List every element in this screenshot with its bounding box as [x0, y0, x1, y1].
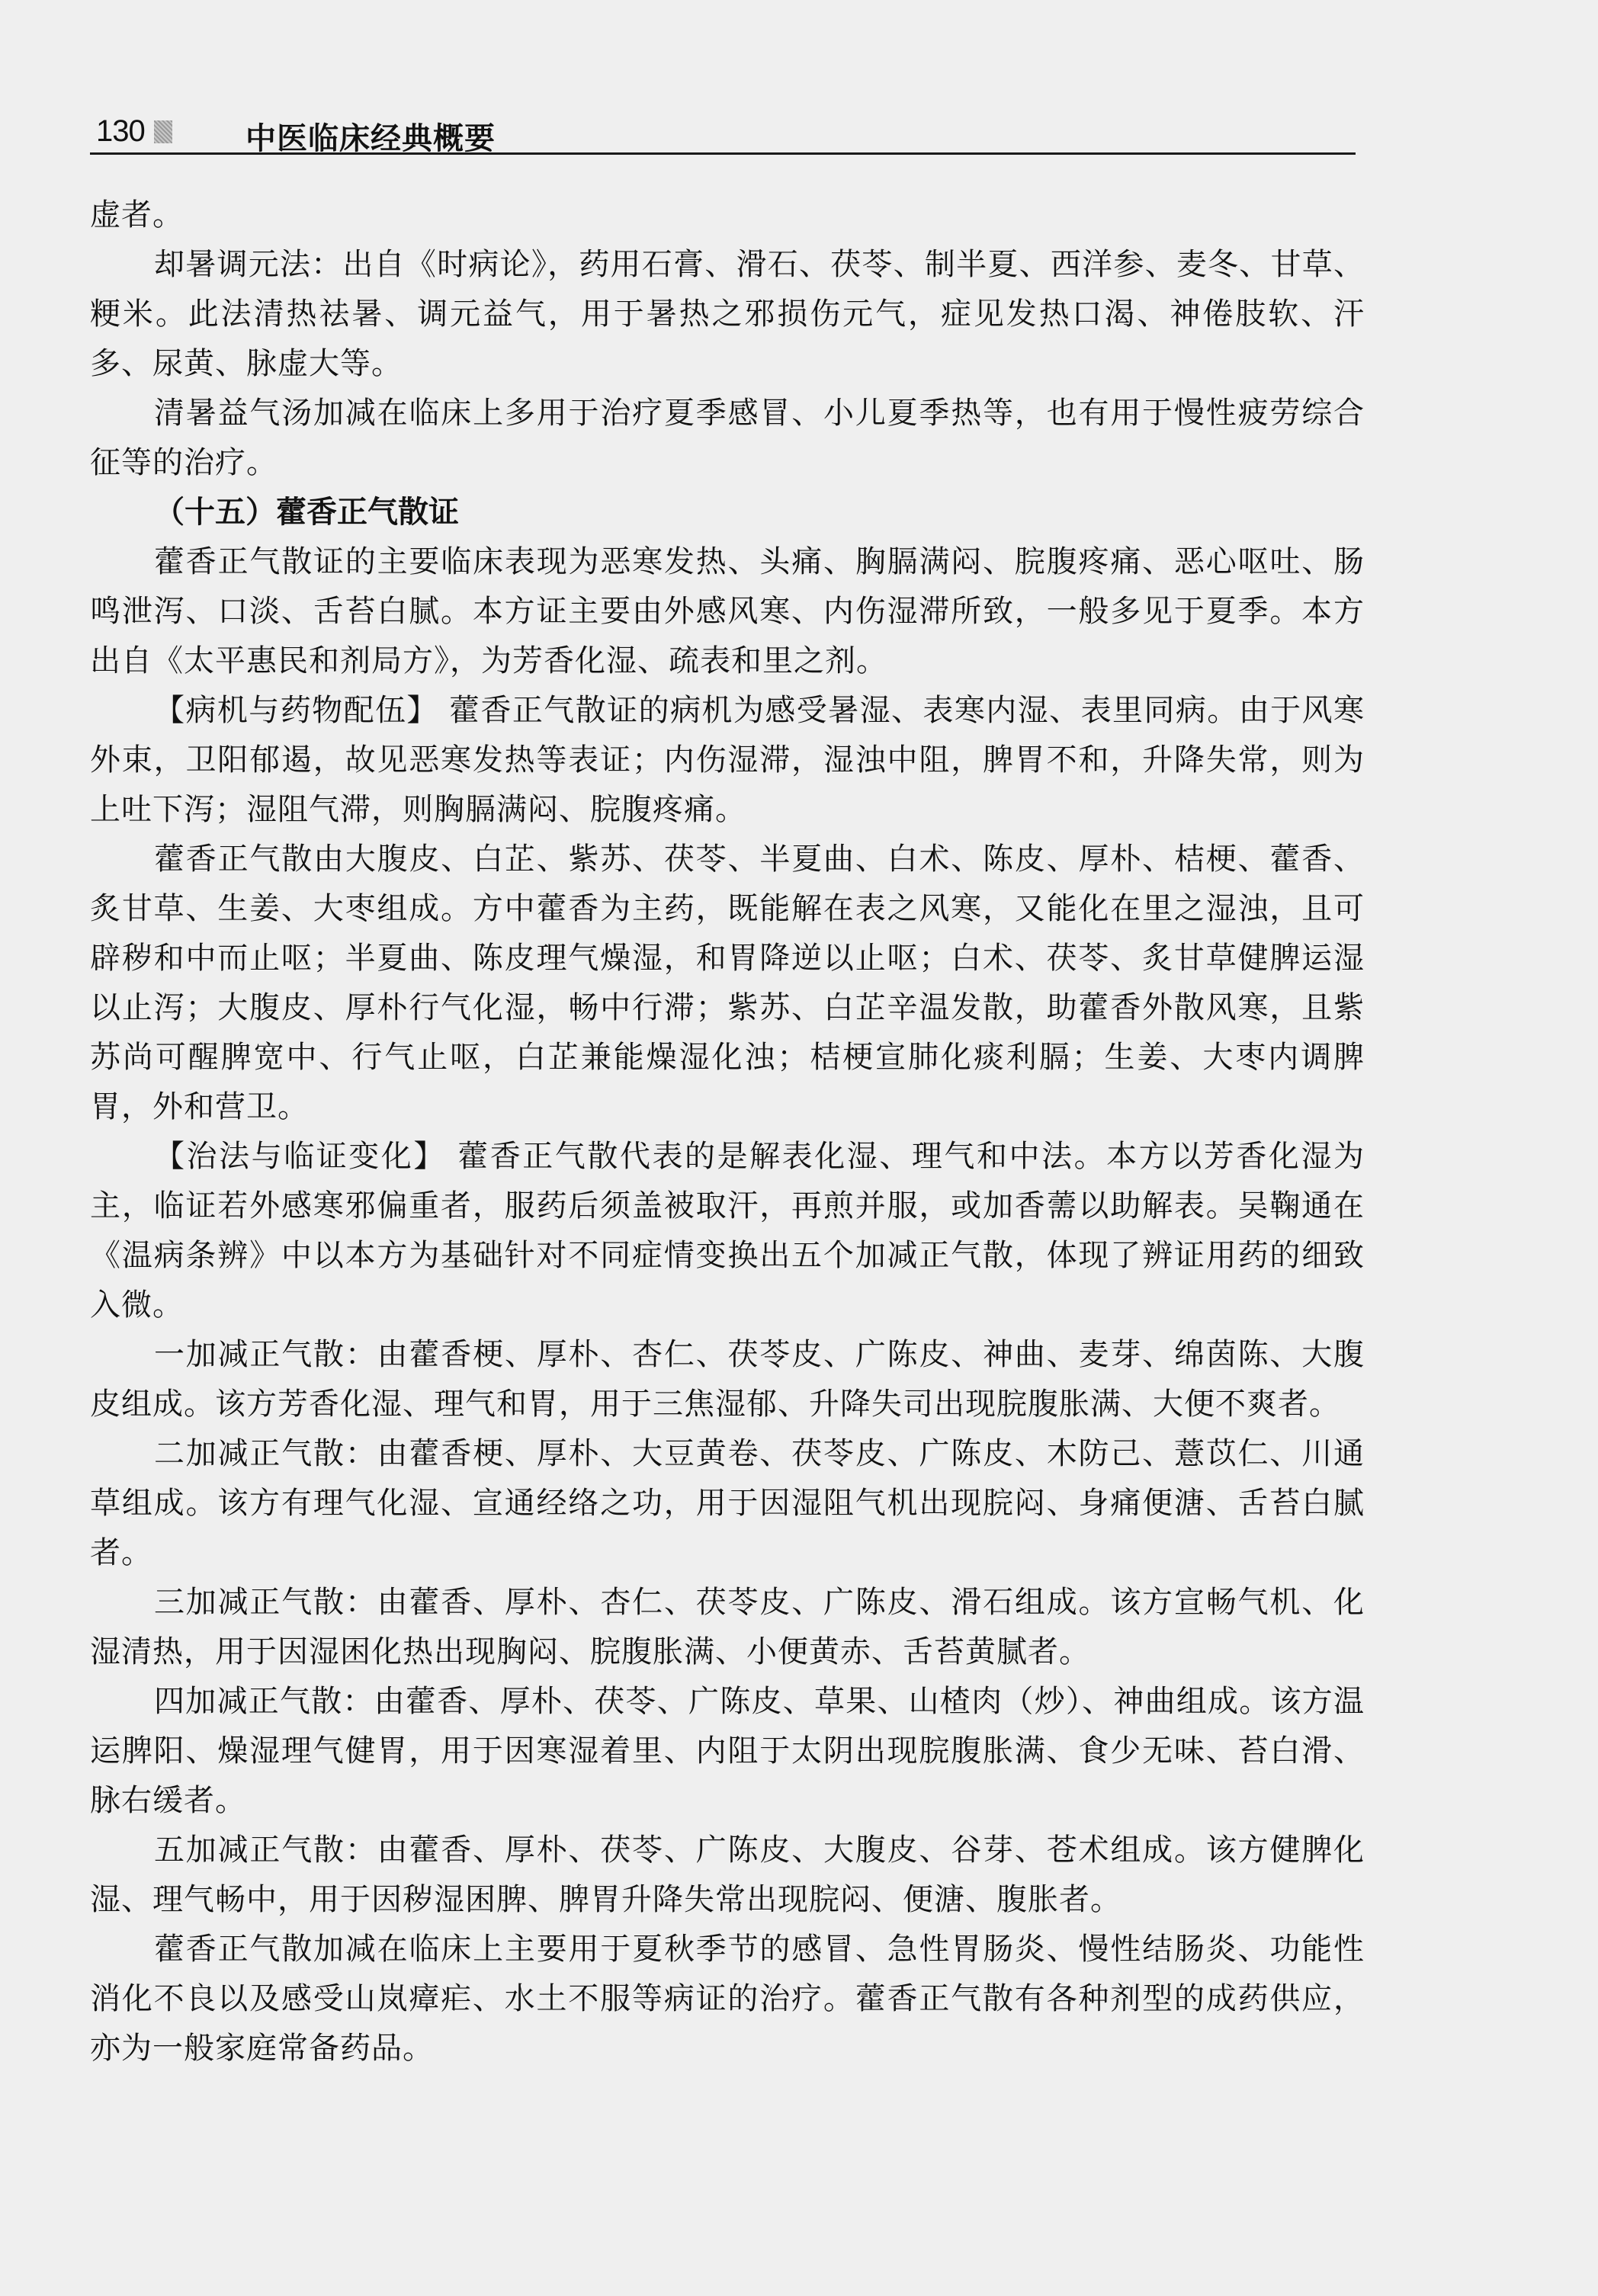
paragraph-variant-2: 二加减正气散：由藿香梗、厚朴、大豆黄卷、茯苓皮、广陈皮、木防己、薏苡仁、川通草组… — [90, 1429, 1365, 1578]
page-number: 130 — [96, 114, 145, 149]
paragraph-variant-3: 三加减正气散：由藿香、厚朴、杏仁、茯苓皮、广陈皮、滑石组成。该方宣畅气机、化湿清… — [90, 1578, 1365, 1677]
paragraph-composition: 藿香正气散由大腹皮、白芷、紫苏、茯苓、半夏曲、白术、陈皮、厚朴、桔梗、藿香、炙甘… — [90, 835, 1365, 1132]
paragraph-variant-1: 一加减正气散：由藿香梗、厚朴、杏仁、茯苓皮、广陈皮、神曲、麦芽、绵茵陈、大腹皮组… — [90, 1330, 1365, 1429]
header-divider — [90, 152, 1356, 155]
page-body: 虚者。 却暑调元法：出自《时病论》，药用石膏、滑石、茯苓、制半夏、西洋参、麦冬、… — [90, 191, 1365, 2073]
section-title: （十五）藿香正气散证 — [90, 488, 1365, 537]
subheading-pathogenesis: 【病机与药物配伍】 — [154, 693, 438, 728]
page-header: 130 中医临床经典概要 — [90, 107, 1356, 154]
paragraph-variant-4: 四加减正气散：由藿香、厚朴、茯苓、广陈皮、草果、山楂肉（炒）、神曲组成。该方温运… — [90, 1677, 1365, 1826]
paragraph-pathogenesis: 【病机与药物配伍】 藿香正气散证的病机为感受暑湿、表寒内湿、表里同病。由于风寒外… — [90, 686, 1365, 835]
page-marker-icon — [154, 120, 172, 143]
paragraph-treatment: 【治法与临证变化】 藿香正气散代表的是解表化湿、理气和中法。本方以芳香化湿为主，… — [90, 1132, 1365, 1330]
paragraph-huoxiang-overview: 藿香正气散证的主要临床表现为恶寒发热、头痛、胸膈满闷、脘腹疼痛、恶心呕吐、肠鸣泄… — [90, 537, 1365, 686]
paragraph-continuation: 虚者。 — [90, 191, 1365, 240]
paragraph-qingshu-yiqi-clinical-use: 清暑益气汤加减在临床上多用于治疗夏季感冒、小儿夏季热等，也有用于慢性疲劳综合征等… — [90, 389, 1365, 488]
paragraph-clinical-use: 藿香正气散加减在临床上主要用于夏秋季节的感冒、急性胃肠炎、慢性结肠炎、功能性消化… — [90, 1925, 1365, 2073]
paragraph-variant-5: 五加减正气散：由藿香、厚朴、茯苓、广陈皮、大腹皮、谷芽、苍术组成。该方健脾化湿、… — [90, 1826, 1365, 1925]
subheading-treatment: 【治法与临证变化】 — [154, 1139, 446, 1174]
book-title: 中医临床经典概要 — [245, 114, 496, 158]
paragraph-quefu-tiaoyuan-method: 却暑调元法：出自《时病论》，药用石膏、滑石、茯苓、制半夏、西洋参、麦冬、甘草、粳… — [90, 240, 1365, 389]
